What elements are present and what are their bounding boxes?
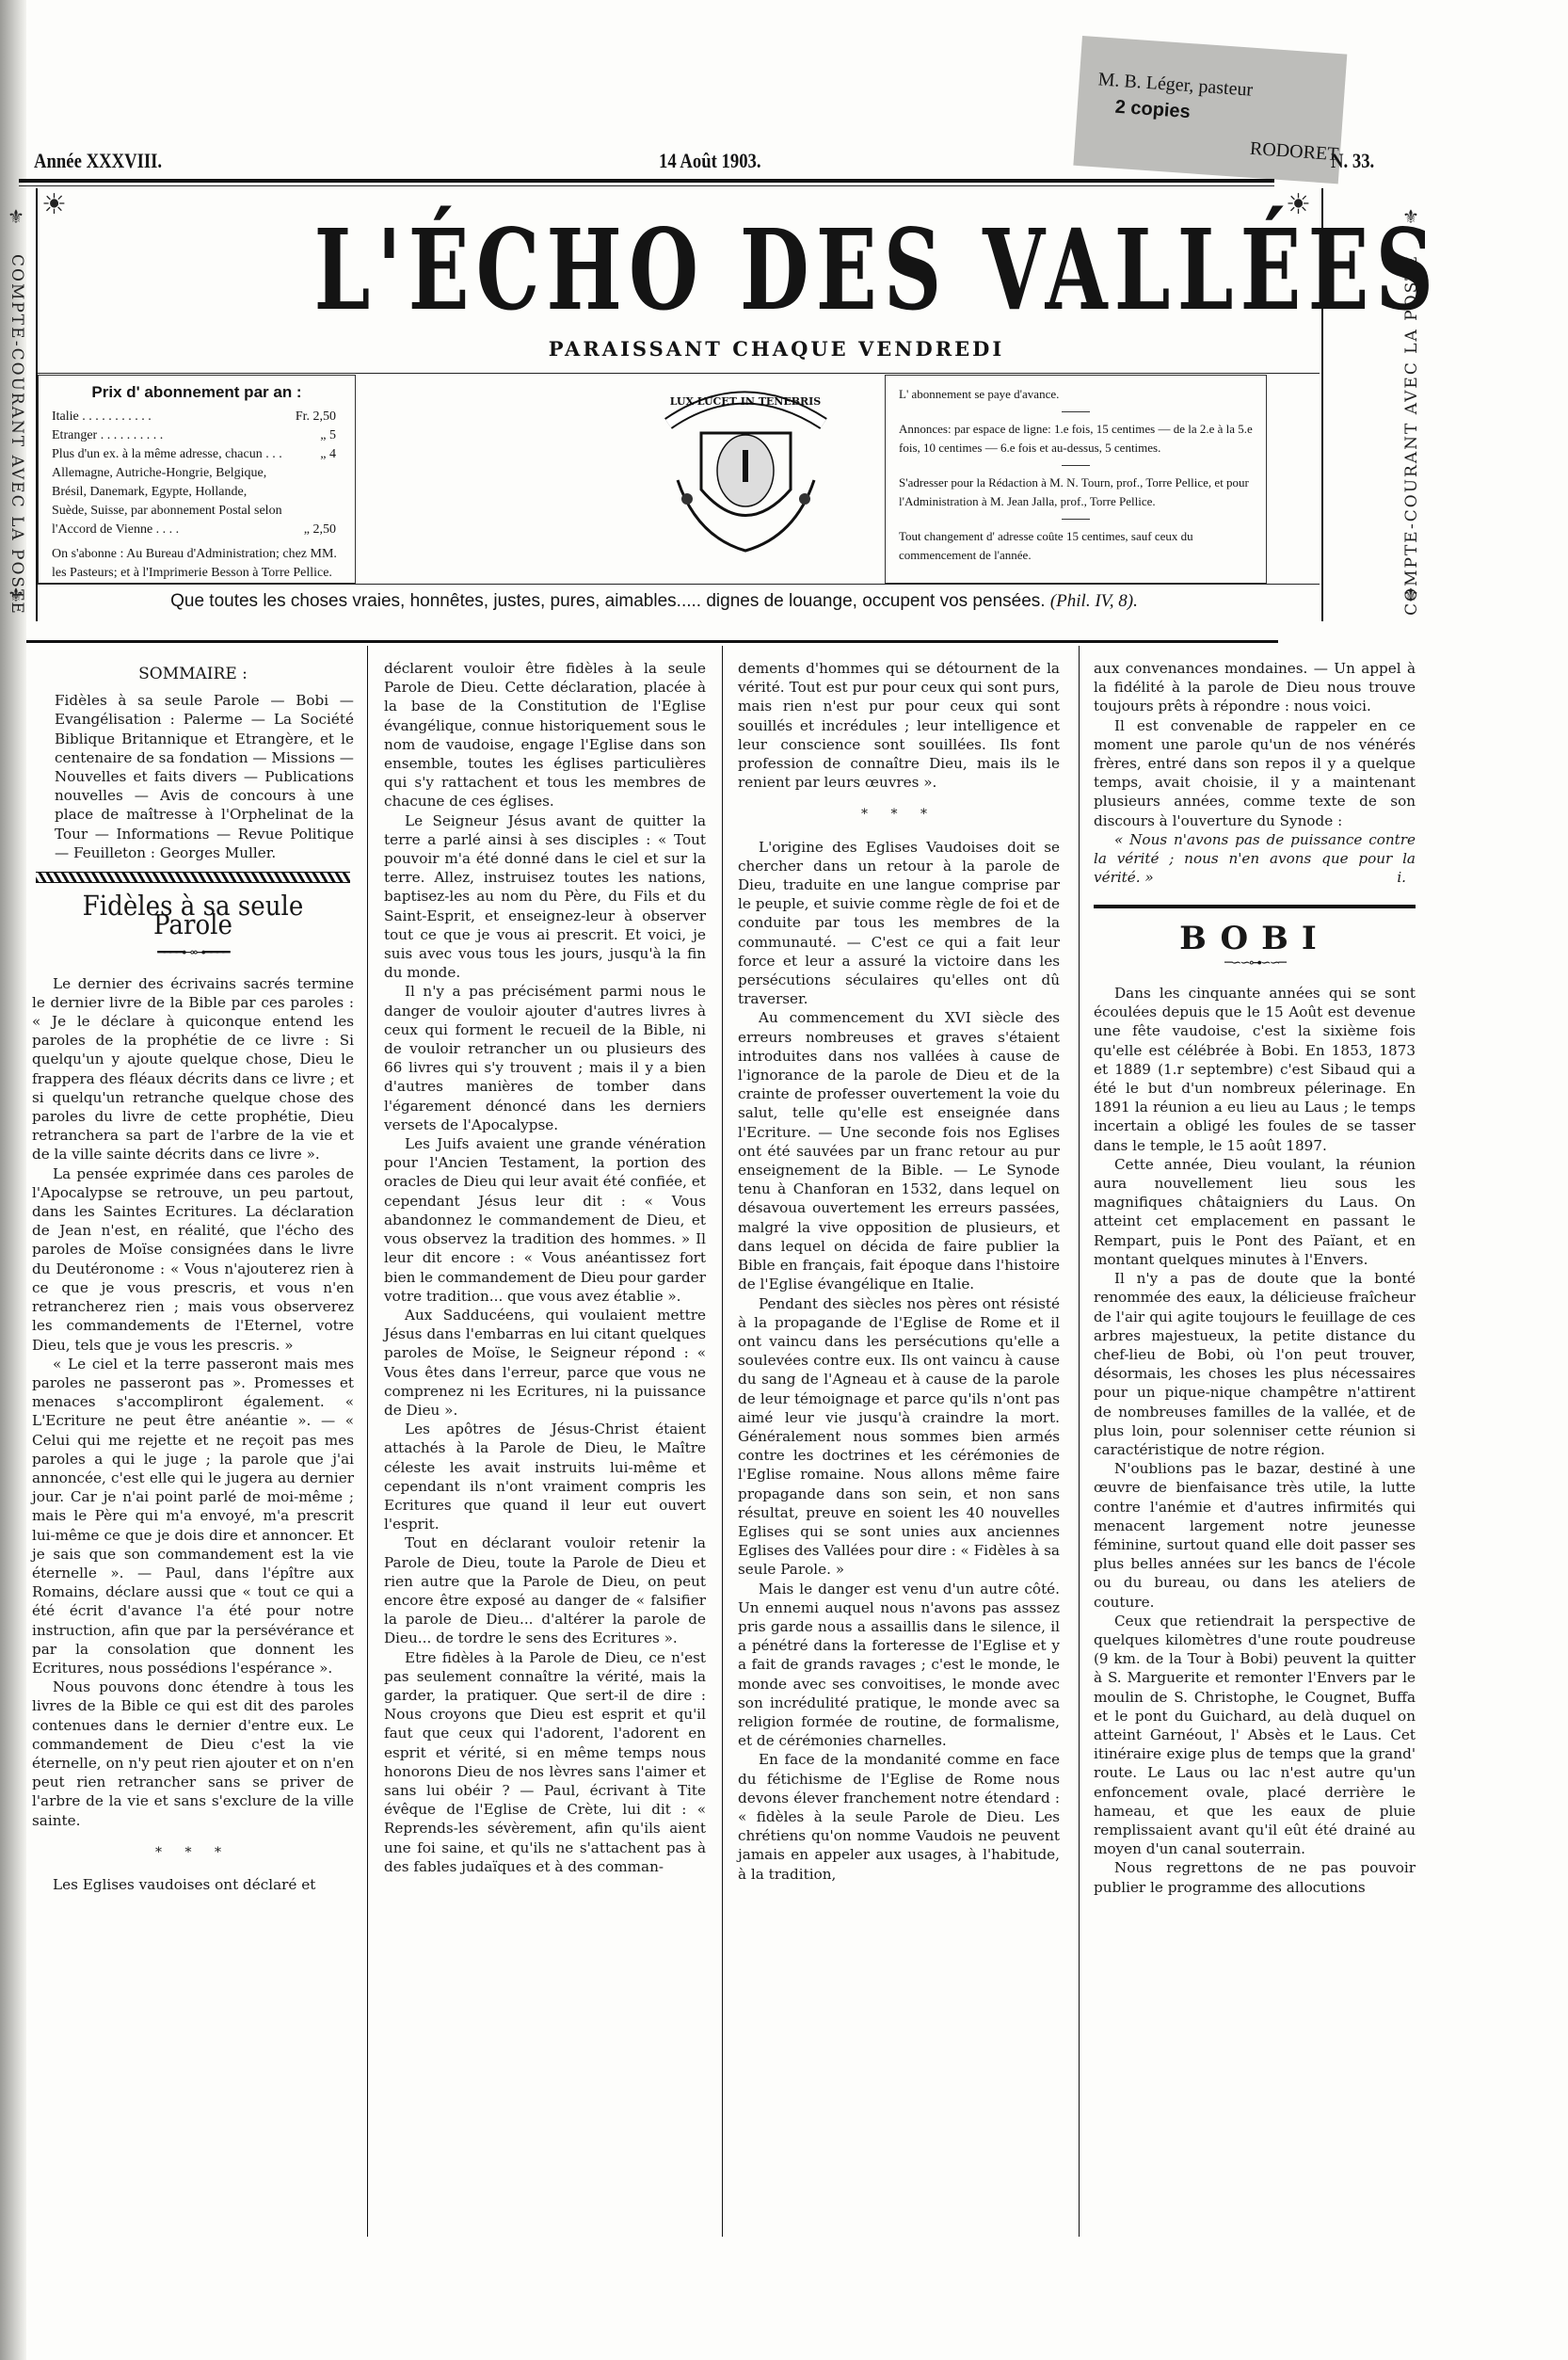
fleuron-icon: ⚜	[1402, 584, 1419, 606]
paragraph: Etre fidèles à la Parole de Dieu, ce n'e…	[384, 1648, 706, 1876]
issue-date: 14 Août 1903.	[659, 149, 761, 173]
column-1: SOMMAIRE : Fidèles à sa seule Parole — B…	[32, 659, 354, 1894]
paragraph: Cette année, Dieu voulant, la réunion au…	[1094, 1155, 1416, 1269]
paragraph: Mais le danger est venu d'un autre côté.…	[738, 1580, 1060, 1751]
paragraph: Les Eglises vaudoises ont déclaré et	[32, 1875, 354, 1894]
epigraph-reference: (Phil. IV, 8).	[1050, 591, 1138, 611]
paragraph: aux convenances mondaines. — Un appel à …	[1094, 659, 1416, 716]
info-change: Tout changement d' adresse coûte 15 cent…	[899, 527, 1253, 565]
sommaire-title: SOMMAIRE :	[32, 665, 354, 683]
subscription-prices-box: Prix d' abonnement par an : Italie . . .…	[38, 375, 356, 584]
flourish-divider-icon: ─∽∽⊶∽∽─	[1094, 954, 1416, 972]
hatched-separator	[36, 872, 350, 883]
prices-table: Italie . . . . . . . . . . .Fr. 2,50 Etr…	[39, 408, 355, 539]
column-divider	[1079, 646, 1080, 2237]
price-row: Etranger . . . . . . . . . .„ 5	[39, 426, 355, 445]
article-title-bobi: BOBI	[1094, 929, 1416, 948]
section-rule	[1094, 905, 1416, 908]
column-divider	[367, 646, 368, 2237]
paragraph: Le Seigneur Jésus avant de quitter la te…	[384, 811, 706, 983]
newspaper-subtitle: PARAISSANT CHAQUE VENDREDI	[376, 337, 1176, 361]
issue-number: N. 33.	[1331, 149, 1374, 173]
price-value: „ 4	[282, 445, 355, 464]
paragraph: Pendant des siècles nos pères ont résist…	[738, 1294, 1060, 1580]
paragraph: Il n'y a pas de doute que la bonté renom…	[1094, 1269, 1416, 1459]
column-2: déclarent vouloir être fidèles à la seul…	[384, 659, 706, 1876]
paragraph: La pensée exprimée dans ces paroles de l…	[32, 1164, 354, 1355]
paragraph: Il n'y a pas précisément parmi nous le d…	[384, 982, 706, 1134]
prices-title: Prix d' abonnement par an :	[39, 383, 355, 402]
separator	[1062, 465, 1090, 466]
info-advance: L' abonnement se paye d'avance.	[899, 385, 1253, 404]
column-3: dements d'hommes qui se détournent de la…	[738, 659, 1060, 1884]
paragraph: « Le ciel et la terre passeront mais mes…	[32, 1355, 354, 1678]
paragraph: Tout en déclarant vouloir retenir la Par…	[384, 1533, 706, 1647]
price-label: Allemagne, Autriche-Hongrie, Belgique, B…	[39, 464, 282, 539]
price-row: Allemagne, Autriche-Hongrie, Belgique, B…	[39, 464, 355, 539]
info-box: L' abonnement se paye d'avance. Annonces…	[885, 375, 1267, 584]
separator	[1062, 519, 1090, 520]
paragraph: déclarent vouloir être fidèles à la seul…	[384, 659, 706, 811]
subscription-note: On s'abonne : Au Bureau d'Administration…	[39, 539, 355, 583]
columns-top-rule	[26, 640, 1278, 643]
price-label: Italie . . . . . . . . . . .	[39, 408, 282, 426]
column-divider	[722, 646, 723, 2237]
separator	[1062, 411, 1090, 412]
mailing-label: M. B. Léger, pasteur 2 copies RODORET	[1073, 36, 1347, 184]
header-rule	[19, 179, 1274, 183]
paragraph: dements d'hommes qui se détournent de la…	[738, 659, 1060, 792]
price-row: Italie . . . . . . . . . . .Fr. 2,50	[39, 408, 355, 426]
label-place: RODORET	[1249, 138, 1339, 167]
box-rule-top	[38, 373, 1320, 374]
price-row: Plus d'un ex. à la même adresse, chacun …	[39, 445, 355, 464]
paragraph: Dans les cinquante années qui se sont éc…	[1094, 984, 1416, 1155]
info-annonces: Annonces: par espace de ligne: 1.e fois,…	[899, 420, 1253, 458]
paragraph: Les apôtres de Jésus-Christ étaient atta…	[384, 1420, 706, 1533]
waldensian-emblem-icon: LUX LUCET IN TENEBRIS	[649, 377, 842, 565]
epigraph-text: Que toutes les choses vraies, honnêtes, …	[170, 591, 1045, 611]
asterism: * * *	[738, 805, 1060, 824]
paragraph: Aux Sadducéens, qui voulaient mettre Jés…	[384, 1306, 706, 1420]
paragraph: L'origine des Eglises Vaudoises doit se …	[738, 838, 1060, 1009]
fleuron-icon: ⚜	[8, 584, 24, 606]
side-text-left: COMPTE-COURANT AVEC LA POSTE	[8, 254, 26, 616]
paragraph: Ceux que retiendrait la perspective de q…	[1094, 1612, 1416, 1859]
paragraph: Au commencement du XVI siècle des erreur…	[738, 1008, 1060, 1293]
epigraph: Que toutes les choses vraies, honnêtes, …	[38, 591, 1271, 612]
column-4: aux convenances mondaines. — Un appel à …	[1094, 659, 1416, 1897]
price-value: Fr. 2,50	[282, 408, 355, 426]
label-copies: 2 copies	[1114, 97, 1191, 124]
newspaper-title: L'ÉCHO DES VALLÉES	[314, 215, 1155, 326]
info-address: S'adresser pour la Rédaction à M. N. Tou…	[899, 474, 1253, 511]
paragraph: Le dernier des écrivains sacrés termine …	[32, 974, 354, 1164]
price-value: „ 2,50	[282, 464, 355, 539]
price-value: „ 5	[282, 426, 355, 445]
paragraph: Les Juifs avaient une grande vénération …	[384, 1134, 706, 1306]
price-label: Plus d'un ex. à la même adresse, chacun …	[39, 445, 282, 464]
fleuron-icon: ⚜	[8, 205, 24, 228]
sunburst-ornament-icon: ☀	[41, 188, 67, 221]
asterism: * * *	[32, 1843, 354, 1862]
price-label: Etranger . . . . . . . . . .	[39, 426, 282, 445]
paragraph: Il est convenable de rappeler en ce mome…	[1094, 716, 1416, 830]
paragraph: N'oublions pas le bazar, destiné à une œ…	[1094, 1459, 1416, 1612]
flourish-divider-icon: ━━━━⊷⊶━━━━	[32, 943, 354, 962]
box-rule-bottom	[38, 584, 1320, 585]
header-rule-thin	[19, 185, 1274, 186]
article-title: Fidèles à sa seule Parole	[48, 896, 338, 934]
issue-year: Année XXXVIII.	[34, 149, 162, 173]
svg-text:LUX LUCET IN TENEBRIS: LUX LUCET IN TENEBRIS	[670, 395, 822, 408]
paragraph: Nous pouvons donc étendre à tous les liv…	[32, 1678, 354, 1830]
sommaire-text: Fidèles à sa seule Parole — Bobi — Evang…	[32, 691, 354, 862]
paragraph: Nous regrettons de ne pas pouvoir publie…	[1094, 1858, 1416, 1896]
paragraph: En face de la mondanité comme en face du…	[738, 1750, 1060, 1883]
